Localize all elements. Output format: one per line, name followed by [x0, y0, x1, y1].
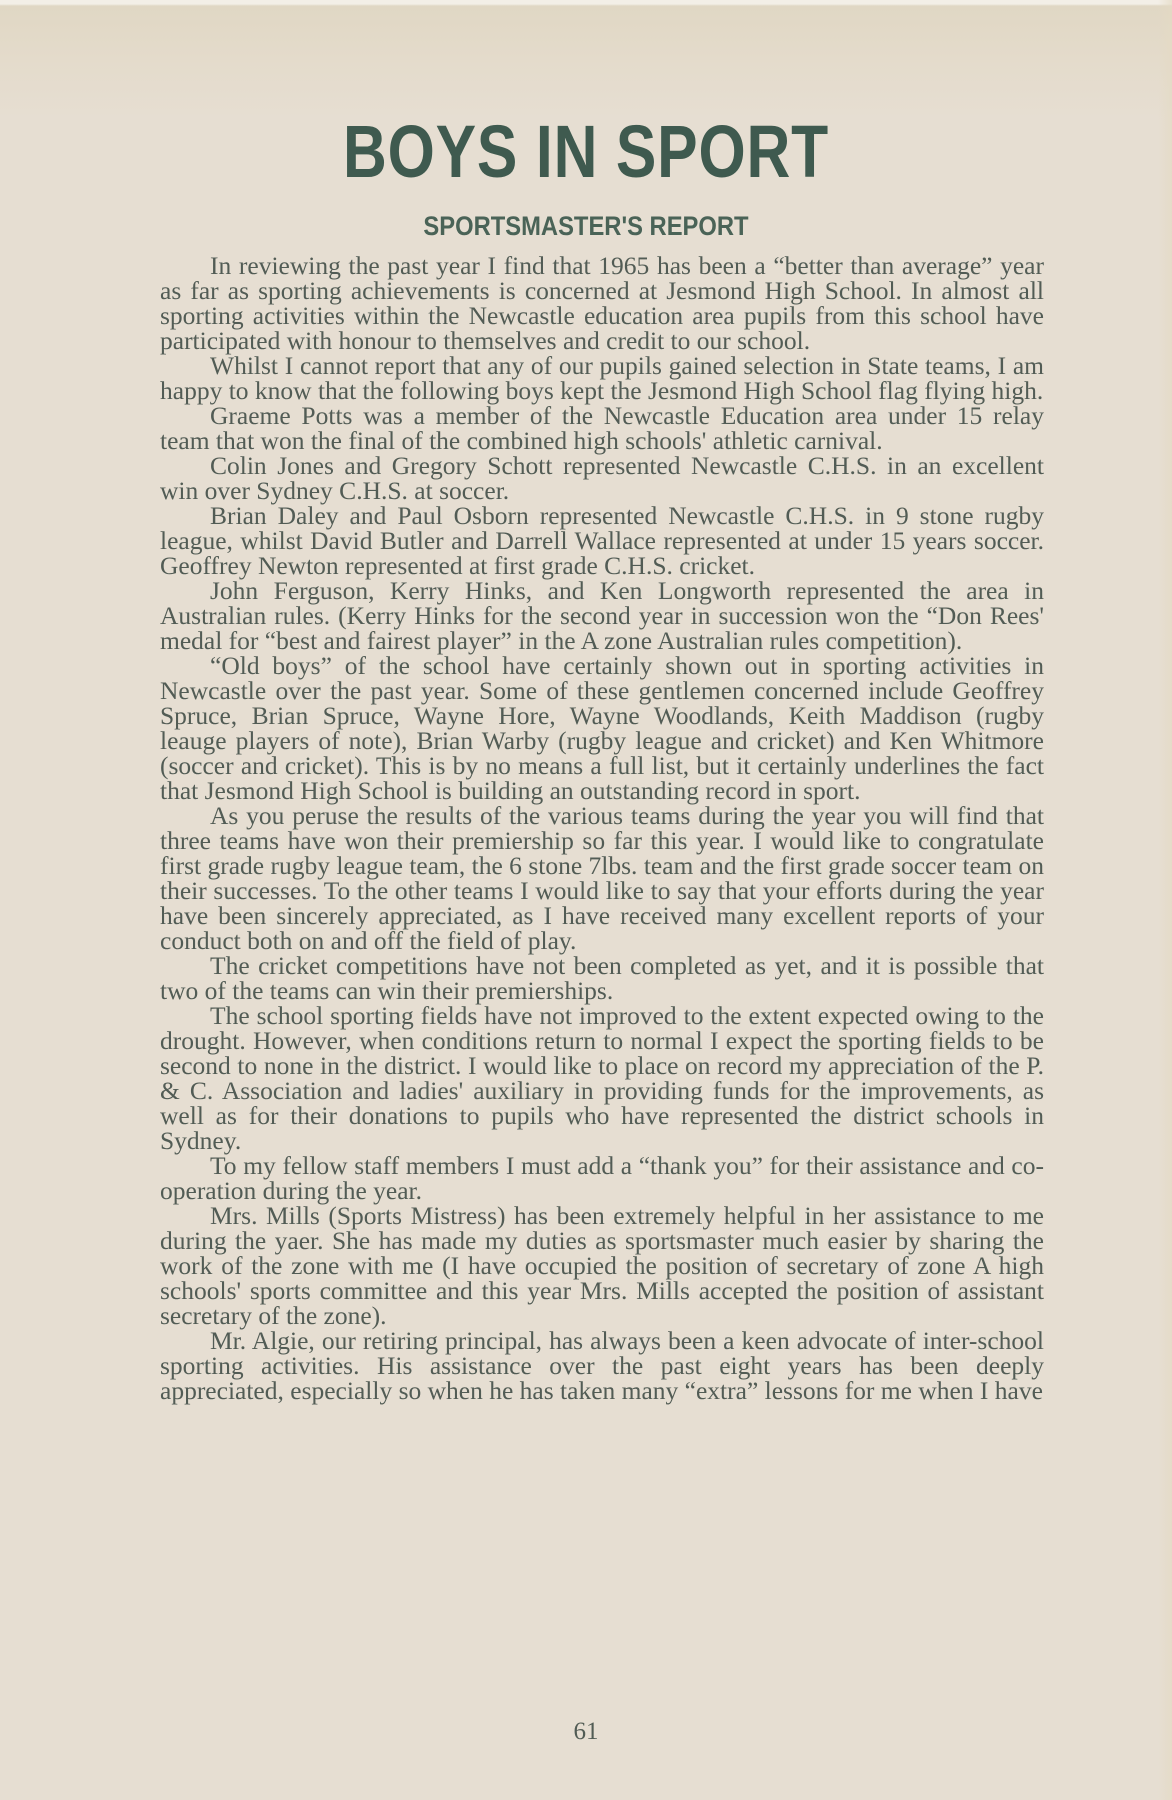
paragraph-brian-daley: Brian Daley and Paul Osborn represented …: [160, 503, 1044, 578]
paragraph-cricket: The cricket competitions have not been c…: [160, 953, 1044, 1003]
scanned-page: BOYS IN SPORT SPORTSMASTER'S REPORT In r…: [0, 0, 1172, 1800]
page-title: BOYS IN SPORT: [105, 112, 1066, 192]
report-body: In reviewing the past year I find that 1…: [160, 253, 1044, 1403]
page-number: 61: [0, 1718, 1172, 1746]
paragraph-graeme-potts: Graeme Potts was a member of the Newcast…: [160, 403, 1044, 453]
paragraph-mrs-mills: Mrs. Mills (Sports Mistress) has been ex…: [160, 1203, 1044, 1328]
paragraph-mr-algie: Mr. Algie, our retiring principal, has a…: [160, 1328, 1044, 1403]
paragraph-australian-rules: John Ferguson, Kerry Hinks, and Ken Long…: [160, 578, 1044, 653]
paragraph-colin-jones: Colin Jones and Gregory Schott represent…: [160, 453, 1044, 503]
paragraph-intro: In reviewing the past year I find that 1…: [160, 253, 1044, 353]
paragraph-sporting-fields: The school sporting fields have not impr…: [160, 1003, 1044, 1153]
paragraph-old-boys: “Old boys” of the school have certainly …: [160, 653, 1044, 803]
report-subtitle: SPORTSMASTER'S REPORT: [70, 210, 1101, 242]
paragraph-staff-thanks: To my fellow staff members I must add a …: [160, 1153, 1044, 1203]
paragraph-state-teams: Whilst I cannot report that any of our p…: [160, 353, 1044, 403]
paragraph-premierships: As you peruse the results of the various…: [160, 803, 1044, 953]
